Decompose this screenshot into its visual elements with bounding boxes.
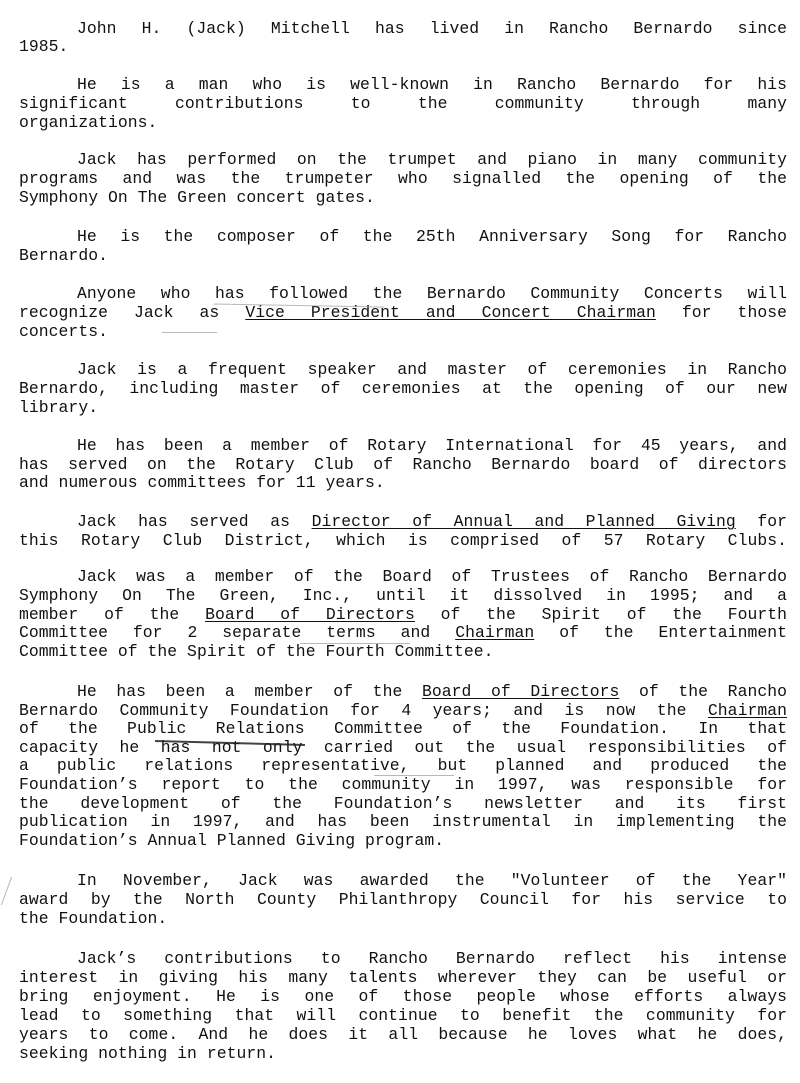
text-segment: He has been a member of Rotary Internati… (77, 437, 787, 455)
text-line: In November, Jack was awarded the "Volun… (19, 872, 787, 890)
text-segment: for (736, 513, 787, 531)
text-segment: award by the North County Philanthropy C… (19, 891, 787, 909)
text-line: a public relations representative, but p… (19, 757, 787, 775)
text-line: Bernardo Community Foundation for 4 year… (19, 702, 787, 720)
underlined-title: Vice President and Concert Chairman (245, 304, 656, 322)
text-segment: interest in giving his many talents wher… (19, 969, 787, 987)
text-line: has served on the Rotary Club of Rancho … (19, 456, 787, 474)
text-line: Foundation’s Annual Planned Giving progr… (19, 832, 787, 850)
text-segment: Symphony On The Green concert gates. (19, 188, 375, 207)
text-segment: In November, Jack was awarded the "Volun… (77, 872, 787, 890)
text-line: lead to something that will continue to … (19, 1007, 787, 1025)
scan-mark (162, 332, 217, 333)
text-segment: publication in 1997, and has been instru… (19, 813, 787, 831)
text-line: and numerous committees for 11 years. (19, 474, 787, 492)
text-line: seeking nothing in return. (19, 1045, 787, 1063)
text-segment: lead to something that will continue to … (19, 1007, 787, 1025)
text-line: the development of the Foundation’s news… (19, 795, 787, 813)
text-segment: Jack is a frequent speaker and master of… (77, 361, 787, 379)
text-line: Anyone who has followed the Bernardo Com… (19, 285, 787, 303)
text-segment: for those (656, 304, 787, 322)
text-segment: He is the composer of the 25th Anniversa… (77, 228, 787, 246)
text-segment: Foundation’s Annual Planned Giving progr… (19, 831, 444, 850)
text-line: He has been a member of the Board of Dir… (19, 683, 787, 701)
document-page: John H. (Jack) Mitchell has lived in Ran… (0, 0, 800, 1083)
scan-mark (1, 877, 12, 906)
text-line: interest in giving his many talents wher… (19, 969, 787, 987)
text-segment: Anyone who has followed the Bernardo Com… (77, 285, 787, 303)
text-segment: member of the (19, 606, 205, 624)
text-segment: recognize Jack as (19, 304, 245, 322)
text-segment: Jack has performed on the trumpet and pi… (77, 151, 787, 169)
text-segment: this Rotary Club District, which is comp… (19, 532, 787, 550)
text-line: Symphony On The Green, Inc., until it di… (19, 587, 787, 605)
scan-mark (300, 643, 410, 644)
text-segment: capacity he has not only carried out the… (19, 739, 787, 757)
text-segment: has served on the Rotary Club of Rancho … (19, 456, 787, 474)
text-line: capacity he has not only carried out the… (19, 739, 787, 757)
text-segment: of the Public Relations Committee of the… (19, 720, 787, 738)
text-line: this Rotary Club District, which is comp… (19, 532, 787, 550)
text-line: Jack has performed on the trumpet and pi… (19, 151, 787, 169)
scan-mark (374, 775, 454, 776)
text-line: of the Public Relations Committee of the… (19, 720, 787, 738)
text-segment: a public relations representative, but p… (19, 757, 787, 775)
text-line: library. (19, 399, 787, 417)
text-line: He has been a member of Rotary Internati… (19, 437, 787, 455)
text-segment: concerts. (19, 322, 108, 341)
text-segment: Bernardo Community Foundation for 4 year… (19, 702, 708, 720)
text-segment: seeking nothing in return. (19, 1044, 276, 1063)
text-line: organizations. (19, 114, 787, 132)
text-line: years to come. And he does it all becaus… (19, 1026, 787, 1044)
text-segment: Symphony On The Green, Inc., until it di… (19, 587, 787, 605)
text-segment: Jack was a member of the Board of Truste… (77, 568, 787, 586)
text-line: concerts. (19, 323, 787, 341)
text-segment: of the Entertainment (534, 624, 787, 642)
text-segment: significant contributions to the communi… (19, 95, 787, 113)
underlined-title: Director of Annual and Planned Giving (312, 513, 736, 531)
text-line: Bernardo. (19, 247, 787, 265)
text-line: John H. (Jack) Mitchell has lived in Ran… (19, 20, 787, 38)
text-line: Jack has served as Director of Annual an… (19, 513, 787, 531)
text-line: the Foundation. (19, 910, 787, 928)
text-line: 1985. (19, 38, 787, 56)
text-segment: He has been a member of the (77, 683, 422, 701)
underlined-title: Board of Directors (422, 683, 619, 701)
text-line: publication in 1997, and has been instru… (19, 813, 787, 831)
text-segment: Foundation’s report to the community in … (19, 776, 787, 794)
text-line: Jack was a member of the Board of Truste… (19, 568, 787, 586)
text-line: Jack’s contributions to Rancho Bernardo … (19, 950, 787, 968)
text-segment: programs and was the trumpeter who signa… (19, 170, 787, 188)
text-segment: He is a man who is well-known in Rancho … (77, 76, 787, 94)
text-segment: Committee of the Spirit of the Fourth Co… (19, 642, 494, 661)
text-line: bring enjoyment. He is one of those peop… (19, 988, 787, 1006)
text-segment: Committee for 2 separate terms and (19, 624, 455, 642)
text-segment: and numerous committees for 11 years. (19, 473, 385, 492)
text-line: Committee of the Spirit of the Fourth Co… (19, 643, 787, 661)
text-segment: years to come. And he does it all becaus… (19, 1026, 787, 1044)
text-segment: the development of the Foundation’s news… (19, 795, 787, 813)
text-line: Foundation’s report to the community in … (19, 776, 787, 794)
text-segment: Jack has served as (77, 513, 312, 531)
text-line: Jack is a frequent speaker and master of… (19, 361, 787, 379)
text-line: He is the composer of the 25th Anniversa… (19, 228, 787, 246)
text-segment: bring enjoyment. He is one of those peop… (19, 988, 787, 1006)
text-line: award by the North County Philanthropy C… (19, 891, 787, 909)
text-line: Committee for 2 separate terms and Chair… (19, 624, 787, 642)
underlined-title: Chairman (708, 702, 787, 720)
text-segment: Bernardo, including master of ceremonies… (19, 380, 787, 398)
text-line: member of the Board of Directors of the … (19, 606, 787, 624)
text-segment: library. (19, 398, 98, 417)
text-line: Symphony On The Green concert gates. (19, 189, 787, 207)
text-line: recognize Jack as Vice President and Con… (19, 304, 787, 322)
text-segment: John H. (Jack) Mitchell has lived in Ran… (77, 20, 787, 38)
text-segment: Jack’s contributions to Rancho Bernardo … (77, 950, 787, 968)
text-line: programs and was the trumpeter who signa… (19, 170, 787, 188)
text-segment: of the Spirit of the Fourth (415, 606, 787, 624)
text-segment: 1985. (19, 37, 68, 56)
underlined-title: Chairman (455, 624, 534, 642)
text-segment: Bernardo. (19, 246, 108, 265)
text-line: He is a man who is well-known in Rancho … (19, 76, 787, 94)
text-segment: of the Rancho (619, 683, 787, 701)
text-line: Bernardo, including master of ceremonies… (19, 380, 787, 398)
text-segment: the Foundation. (19, 909, 167, 928)
text-segment: organizations. (19, 113, 157, 132)
underlined-title: Board of Directors (205, 606, 415, 624)
text-line: significant contributions to the communi… (19, 95, 787, 113)
